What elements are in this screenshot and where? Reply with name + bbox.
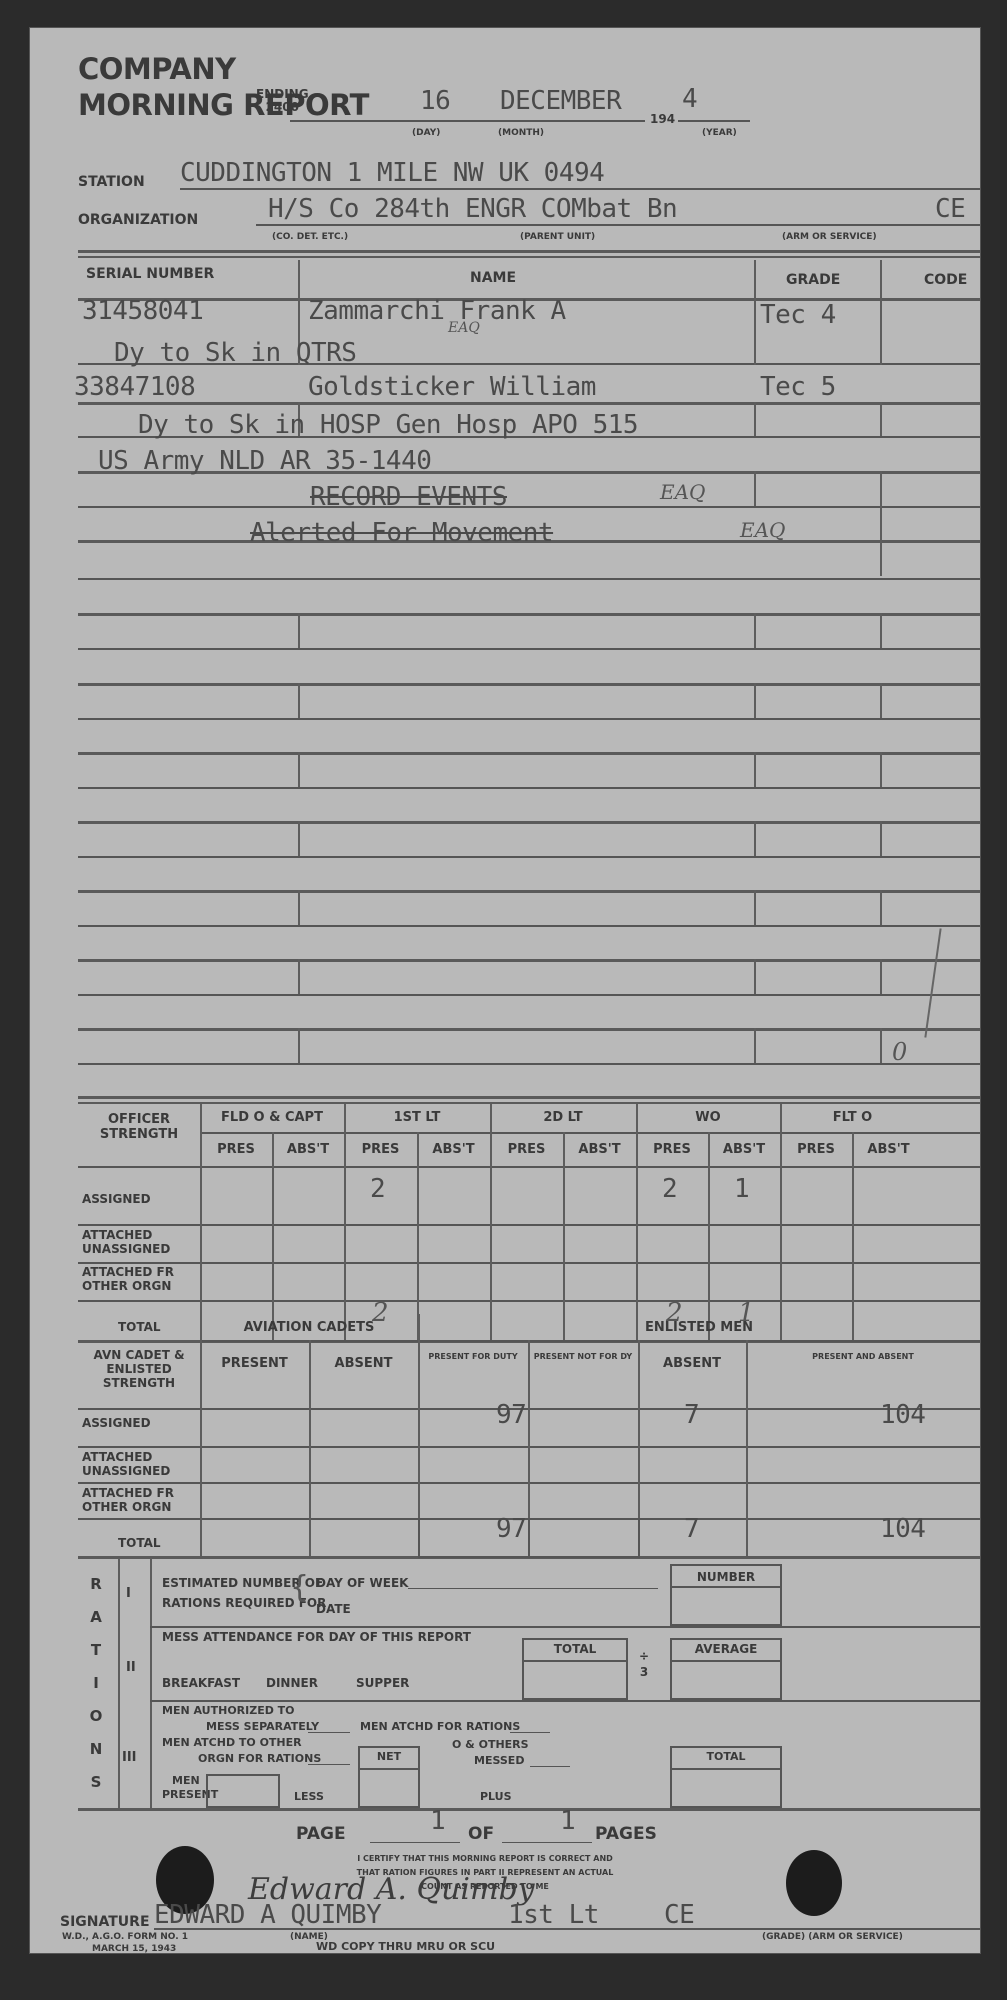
- ending-label: ENDING 2400: [256, 88, 309, 114]
- entry-2-serial: 33847108: [74, 372, 195, 402]
- enlisted-present-duty-assigned: 97: [496, 1400, 526, 1430]
- signature-name: EDWARD A QUIMBY: [154, 1900, 381, 1930]
- entry-2-grade: Tec 5: [760, 372, 836, 402]
- station-value: CUDDINGTON 1 MILE NW UK 0494: [180, 158, 604, 188]
- men-present-box[interactable]: [206, 1774, 280, 1808]
- record-events-struck: RECORD EVENTS: [310, 482, 507, 512]
- entry-2-remark-cont: US Army NLD AR 35-1440: [98, 446, 431, 476]
- officer-wo-pres-assigned: 2: [662, 1174, 677, 1204]
- entry-2-remark: Dy to Sk in HOSP Gen Hosp APO 515: [138, 410, 638, 440]
- report-month: DECEMBER: [500, 86, 621, 116]
- entry-1-initials: EAQ: [448, 320, 480, 336]
- alerted-struck: Alerted For Movement: [250, 518, 553, 548]
- rations-side-label: RATIONS: [86, 1568, 106, 1799]
- arm-service-value: CE: [935, 194, 965, 224]
- ink-blot-right: [786, 1850, 842, 1916]
- margin-zero-mark: 0: [892, 1038, 907, 1066]
- entry-1-serial: 31458041: [82, 296, 203, 326]
- enlisted-strength-title: AVN CADET & ENLISTED STRENGTH: [78, 1318, 200, 1390]
- officer-wo-abst-assigned: 1: [734, 1174, 749, 1204]
- header-name: NAME: [470, 270, 516, 286]
- officer-1stlt-pres-assigned: 2: [370, 1174, 385, 1204]
- organization-value: H/S Co 284th ENGR COMbat Bn: [268, 194, 677, 224]
- entry-2-name: Goldsticker William: [308, 372, 596, 402]
- report-day: 16: [420, 86, 450, 116]
- total-present-not-for-duty-box: [528, 1518, 640, 1558]
- station-label: STATION: [78, 174, 145, 190]
- officer-strength-title: OFFICER STRENGTH: [78, 1112, 200, 1142]
- page-number: 1: [430, 1806, 445, 1836]
- form-title-line2: MORNING REPORT: [78, 88, 369, 122]
- margin-line-mark: [924, 928, 941, 1037]
- header-grade: GRADE: [786, 272, 840, 288]
- enlisted-absent-assigned: 7: [684, 1400, 699, 1430]
- alerted-initials: EAQ: [740, 518, 785, 542]
- signature-arm: CE: [664, 1900, 694, 1930]
- record-events-initials: EAQ: [660, 480, 705, 504]
- enlisted-total-assigned: 104: [880, 1400, 925, 1430]
- header-code: CODE: [924, 272, 967, 288]
- form-title-line1: COMPANY: [78, 52, 236, 86]
- signature-grade: 1st Lt: [508, 1900, 599, 1930]
- enlisted-present-duty-total: 97: [496, 1514, 526, 1544]
- morning-report-form: COMPANY MORNING REPORT ENDING 2400 16 DE…: [30, 28, 980, 1953]
- entry-1-name: Zammarchi Frank A: [308, 296, 566, 326]
- entry-1-remark: Dy to Sk in QTRS: [114, 338, 356, 368]
- organization-label: ORGANIZATION: [78, 212, 198, 228]
- entry-1-grade: Tec 4: [760, 300, 836, 330]
- enlisted-grand-total: 104: [880, 1514, 925, 1544]
- total-pages: 1: [560, 1806, 575, 1836]
- report-year: 4: [682, 84, 697, 114]
- year-prefix: 194: [650, 112, 675, 126]
- enlisted-absent-total: 7: [684, 1514, 699, 1544]
- header-serial-number: SERIAL NUMBER: [86, 266, 214, 282]
